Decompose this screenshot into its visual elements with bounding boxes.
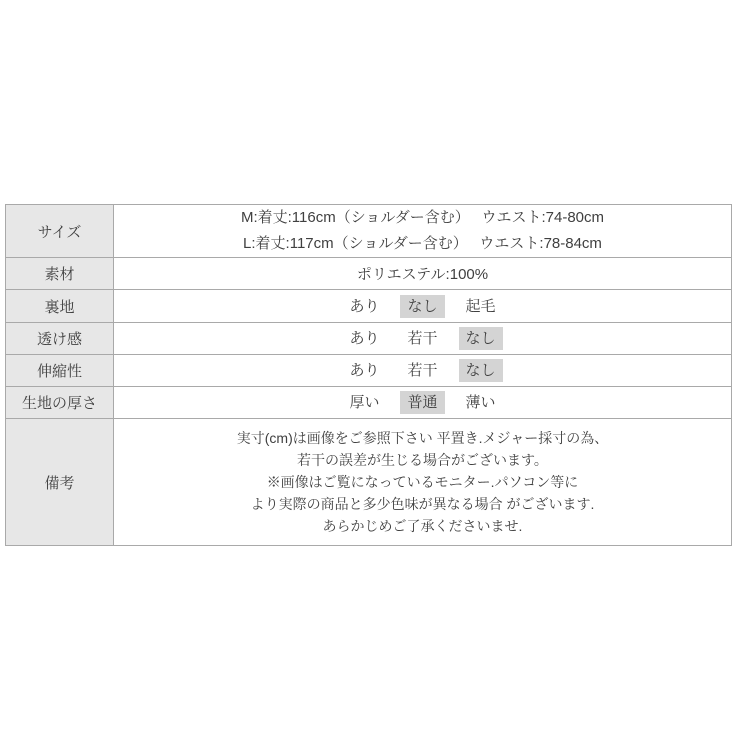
row-thickness-label: 生地の厚さ xyxy=(6,387,114,419)
option-jakkan: 若干 xyxy=(400,327,444,350)
option-nashi: なし xyxy=(459,327,503,350)
size-line-m: M:着丈:116cm（ショルダー含む） ウエスト:74-80cm xyxy=(114,205,731,231)
stretch-options: あり 若干 なし xyxy=(114,359,731,382)
row-sheerness: 透け感 あり 若干 なし xyxy=(6,323,732,355)
row-thickness-value: 厚い 普通 薄い xyxy=(114,387,732,419)
notes-line-1: 実寸(cm)は画像をご参照下さい 平置き.メジャー採寸の為、 xyxy=(114,427,731,449)
size-line-l: L:着丈:117cm（ショルダー含む） ウエスト:78-84cm xyxy=(114,231,731,257)
notes-line-5: あらかじめご了承くださいませ. xyxy=(114,515,731,537)
thickness-options: 厚い 普通 薄い xyxy=(114,391,731,414)
row-material: 素材 ポリエステル:100% xyxy=(6,258,732,290)
row-lining-label: 裏地 xyxy=(6,290,114,323)
notes-line-2: 若干の誤差が生じる場合がございます。 xyxy=(114,449,731,471)
option-usui: 薄い xyxy=(459,391,503,414)
option-kimou: 起毛 xyxy=(459,295,503,318)
row-stretch-value: あり 若干 なし xyxy=(114,355,732,387)
row-size-label: サイズ xyxy=(6,205,114,258)
product-spec-table: サイズ M:着丈:116cm（ショルダー含む） ウエスト:74-80cm L:着… xyxy=(5,204,732,546)
row-size-value: M:着丈:116cm（ショルダー含む） ウエスト:74-80cm L:着丈:11… xyxy=(114,205,732,258)
option-ari: あり xyxy=(342,359,386,382)
row-stretch: 伸縮性 あり 若干 なし xyxy=(6,355,732,387)
option-ari: あり xyxy=(342,327,386,350)
row-thickness: 生地の厚さ 厚い 普通 薄い xyxy=(6,387,732,419)
row-notes: 備考 実寸(cm)は画像をご参照下さい 平置き.メジャー採寸の為、 若干の誤差が… xyxy=(6,419,732,546)
row-sheerness-value: あり 若干 なし xyxy=(114,323,732,355)
row-notes-label: 備考 xyxy=(6,419,114,546)
row-notes-value: 実寸(cm)は画像をご参照下さい 平置き.メジャー採寸の為、 若干の誤差が生じる… xyxy=(114,419,732,546)
option-jakkan: 若干 xyxy=(400,359,444,382)
option-futsuu: 普通 xyxy=(400,391,444,414)
row-size: サイズ M:着丈:116cm（ショルダー含む） ウエスト:74-80cm L:着… xyxy=(6,205,732,258)
notes-line-3: ※画像はご覧になっているモニター.パソコン等に xyxy=(114,471,731,493)
notes-line-4: より実際の商品と多少色味が異なる場合 がございます. xyxy=(114,493,731,515)
lining-options: あり なし 起毛 xyxy=(114,295,731,318)
row-material-label: 素材 xyxy=(6,258,114,290)
row-material-value: ポリエステル:100% xyxy=(114,258,732,290)
row-lining-value: あり なし 起毛 xyxy=(114,290,732,323)
sheerness-options: あり 若干 なし xyxy=(114,327,731,350)
row-sheerness-label: 透け感 xyxy=(6,323,114,355)
option-ari: あり xyxy=(342,295,386,318)
row-stretch-label: 伸縮性 xyxy=(6,355,114,387)
row-lining: 裏地 あり なし 起毛 xyxy=(6,290,732,323)
option-nashi: なし xyxy=(459,359,503,382)
option-nashi: なし xyxy=(400,295,444,318)
option-atsui: 厚い xyxy=(342,391,386,414)
